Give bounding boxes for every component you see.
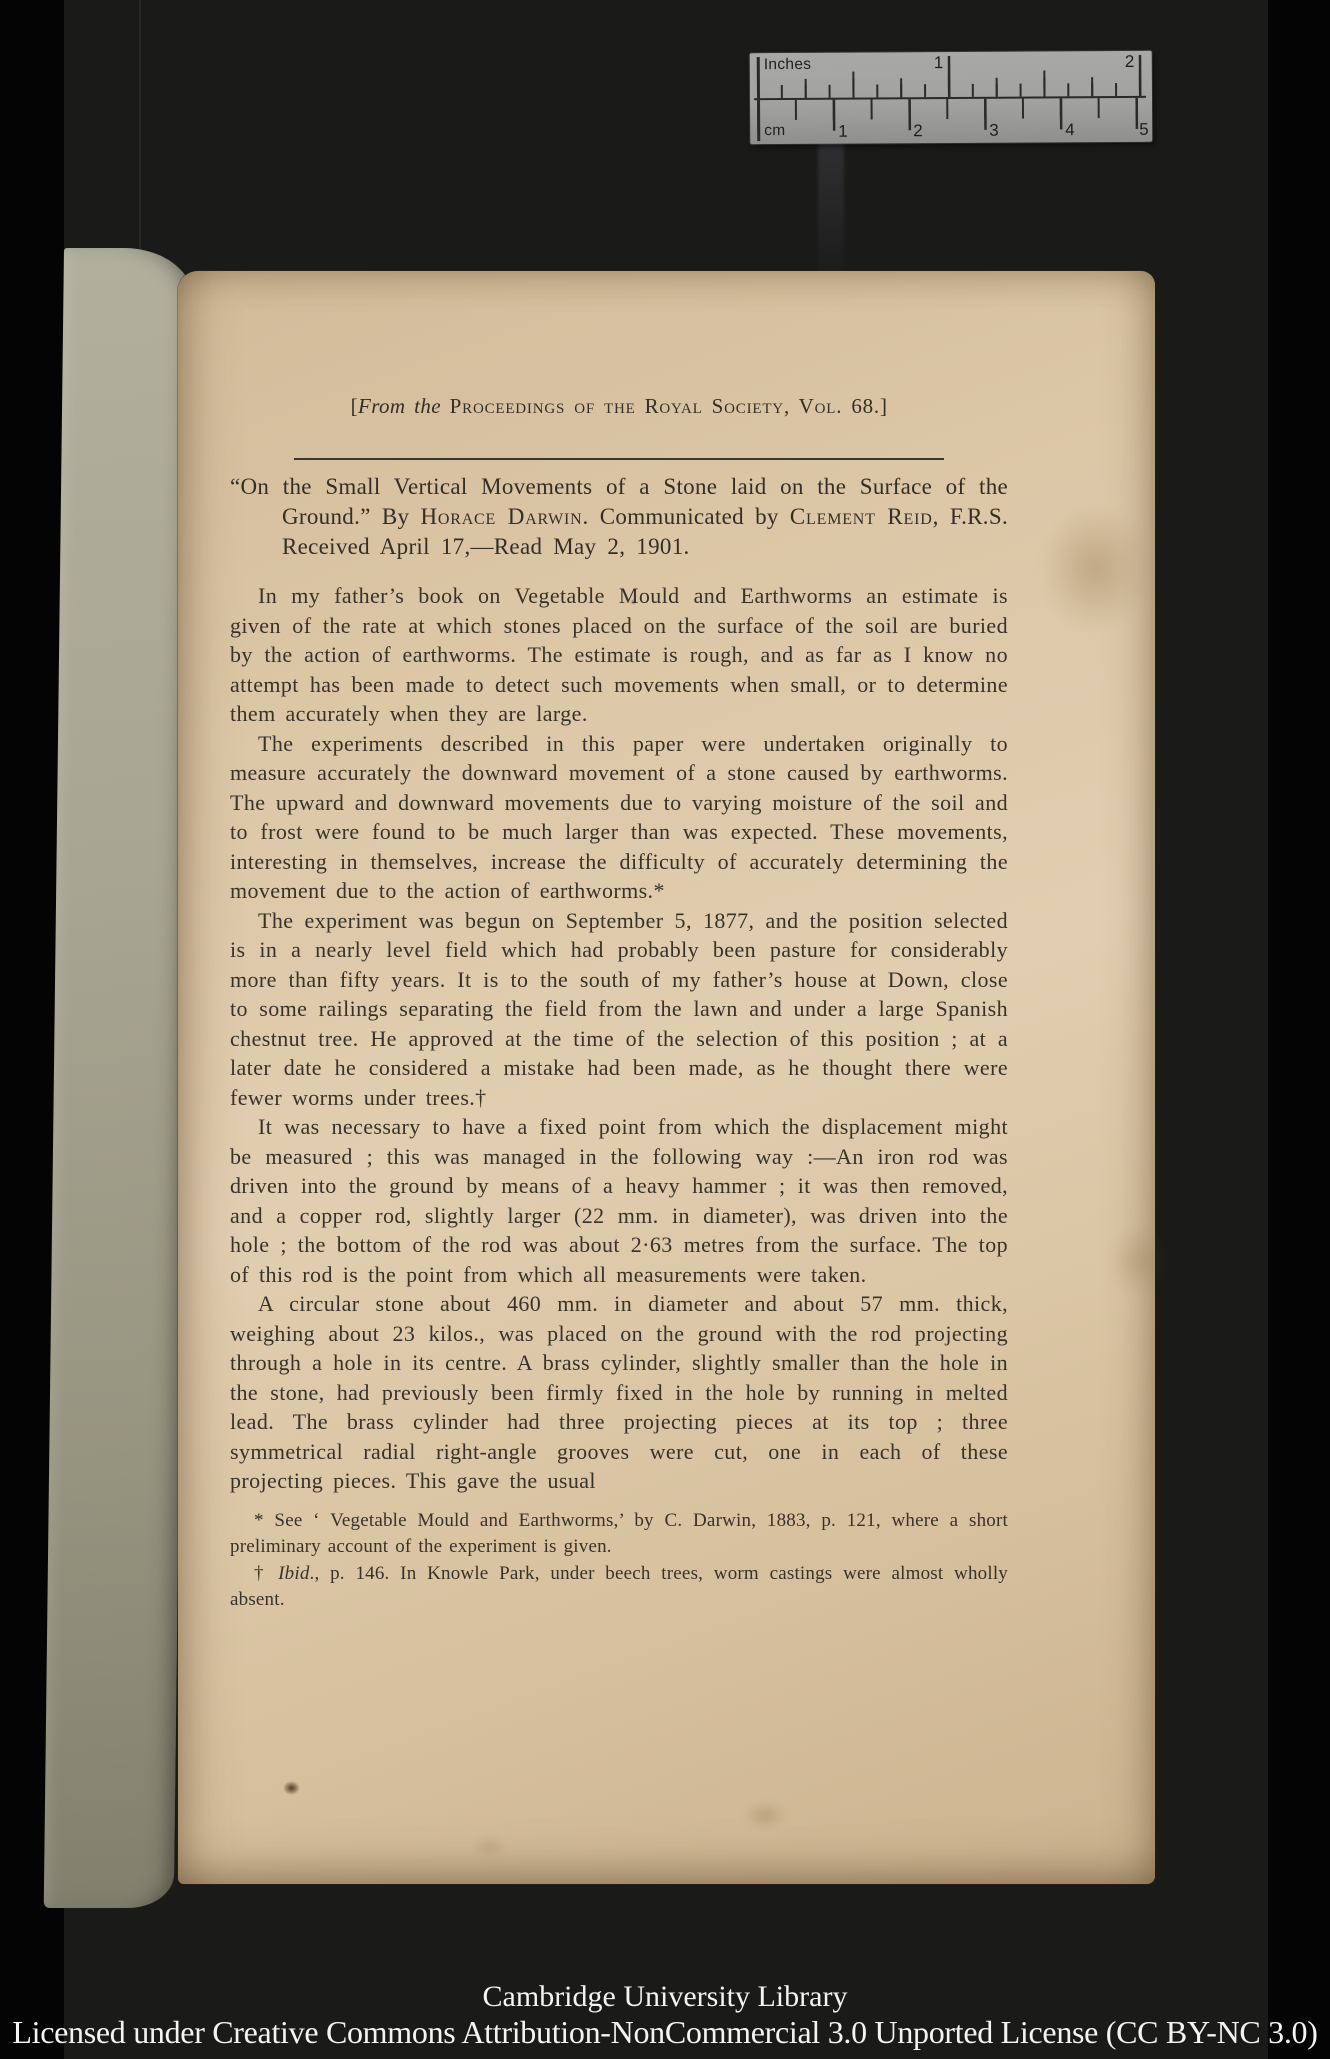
page-stain xyxy=(473,1836,507,1858)
ruler-cm-number: 2 xyxy=(913,121,923,141)
license-line: Licensed under Creative Commons Attribut… xyxy=(0,2014,1330,2050)
page-stain xyxy=(743,1801,787,1829)
article-body: In my father’s book on Vegetable Mould a… xyxy=(230,581,1008,1496)
header-rule xyxy=(294,458,944,460)
footnote-asterisk: * See ‘ Vegetable Mould and Earthworms,’… xyxy=(230,1508,1008,1561)
body-paragraph: The experiment was begun on September 5,… xyxy=(230,906,1008,1113)
footnote-text: ., p. 146. In Knowle Park, under beech t… xyxy=(230,1563,1008,1611)
ruler-inches-label: Inches xyxy=(764,56,812,74)
page-stain xyxy=(1040,503,1150,633)
body-paragraph: It was necessary to have a fixed point f… xyxy=(230,1112,1008,1289)
footnote-ibid: Ibid xyxy=(278,1563,309,1584)
bracket: [ xyxy=(351,394,358,418)
ruler-inch-number: 1 xyxy=(934,53,944,73)
footnote-dagger: † Ibid., p. 146. In Knowle Park, under b… xyxy=(230,1561,1008,1614)
body-paragraph: A circular stone about 460 mm. in diamet… xyxy=(230,1289,1008,1496)
ruler-inch-number: 2 xyxy=(1125,52,1135,72)
background-seam xyxy=(139,0,141,256)
scan-credit: Cambridge University Library Licensed un… xyxy=(0,1980,1330,2050)
journal-series-title: Proceedings of the Royal Society, Vol. 6… xyxy=(450,394,880,418)
body-paragraph: In my father’s book on Vegetable Mould a… xyxy=(230,581,1008,729)
ruler-cm-label: cm xyxy=(764,122,785,140)
book-flyleaf-edge xyxy=(44,248,194,1908)
footnotes: * See ‘ Vegetable Mould and Earthworms,’… xyxy=(230,1508,1008,1614)
book-cloth-seam xyxy=(818,142,844,274)
author-name: Horace Darwin xyxy=(420,504,582,529)
ruler-cm-number: 4 xyxy=(1065,120,1075,140)
communicator-name: Clement Reid xyxy=(790,504,933,529)
ruler-inch-ticks xyxy=(757,55,1145,98)
footnote-marker: † xyxy=(254,1563,278,1584)
ruler-cm-ticks xyxy=(757,98,1145,140)
library-credit: Cambridge University Library xyxy=(0,1980,1330,2014)
body-paragraph: The experiments described in this paper … xyxy=(230,729,1008,906)
ruler-zero-tick xyxy=(757,57,760,141)
journal-reference-prefix: From the xyxy=(358,394,450,418)
book-page: [From the Proceedings of the Royal Socie… xyxy=(178,271,1155,1884)
title-text: . Communicated by xyxy=(583,504,790,529)
page-stain xyxy=(283,1781,300,1795)
article-title: “On the Small Vertical Movements of a St… xyxy=(230,472,1008,562)
ruler-cm-number: 5 xyxy=(1139,120,1149,140)
ruler-cm-number: 1 xyxy=(838,122,848,142)
ruler-cm-number: 3 xyxy=(989,121,999,141)
journal-reference-line: [From the Proceedings of the Royal Socie… xyxy=(230,391,1008,421)
page-text-column: [From the Proceedings of the Royal Socie… xyxy=(230,391,1008,1614)
calibration-ruler: Inches 1 2 cm 1 2 3 4 5 xyxy=(750,51,1153,144)
bracket: ] xyxy=(880,394,887,418)
